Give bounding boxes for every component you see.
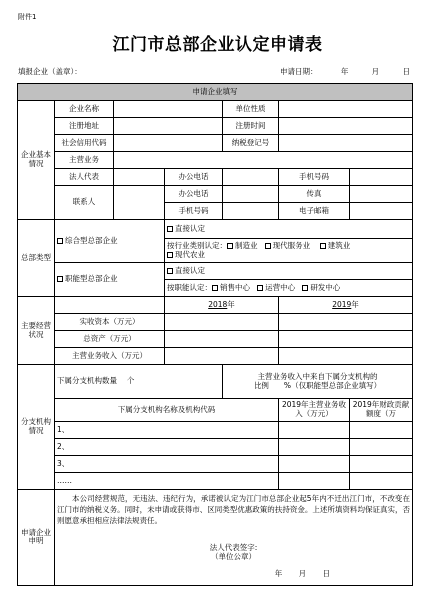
contact-office-phone-label: 办公电话 [165,186,223,203]
legal-rep-mobile-label: 手机号码 [279,169,350,186]
fax-label: 传真 [279,186,350,203]
main-revenue-2019-field[interactable] [279,348,413,365]
branch-revenue-col-header: 2019年主营业务收入（万元） [279,399,350,422]
main-business-field[interactable] [114,152,413,169]
reg-address-field[interactable] [114,118,223,135]
hq-type-group-label: 总部类型 [18,220,55,297]
company-name-label: 企业名称 [55,101,114,118]
checkbox-icon[interactable] [257,285,263,291]
branch-row-1-revenue[interactable] [279,422,350,439]
email-field[interactable] [350,203,413,220]
legal-rep-office-phone-field[interactable] [223,169,279,186]
branch-row-more-tax[interactable] [350,473,413,490]
option-construction[interactable]: 建筑业 [328,241,351,250]
function-category-options: 按职能认定：销售中心 运营中心 研发中心 [165,280,413,297]
year-2019-header: 2019年 [279,297,413,314]
checkbox-icon[interactable] [57,238,63,244]
industry-category-options: 按行业类别认定：制造业 现代服务业 建筑业现代农业 [165,239,413,263]
checkbox-icon[interactable] [320,243,326,249]
comprehensive-direct-option[interactable]: 直接认定 [165,220,413,239]
branch-row-3[interactable]: 3、 [55,456,279,473]
declaration-date: 年 月 日 [57,570,410,579]
credit-code-label: 社会信用代码 [55,135,114,152]
main-revenue-label: 主营业务收入（万元） [55,348,165,365]
total-assets-2018-field[interactable] [165,331,279,348]
checkbox-icon[interactable] [227,243,233,249]
reg-time-label: 注册时间 [223,118,279,135]
option-modern-services[interactable]: 现代服务业 [273,241,311,250]
branch-row-more[interactable]: …… [55,473,279,490]
apply-date: 申请日期： 年 月 日 [280,66,410,77]
branch-row-3-tax[interactable] [350,456,413,473]
company-seal-label: （单位公章） [57,552,410,562]
company-name-field[interactable] [114,101,223,118]
option-rd-center[interactable]: 研发中心 [310,283,340,292]
contact-mobile-label: 手机号码 [165,203,223,220]
application-form-table: 申请企业填写 企业基本情况 企业名称 单位性质 注册地址 注册时间 社会信用代码… [17,83,413,586]
declaration-group-label: 申请企业申明 [18,490,55,586]
section-header: 申请企业填写 [18,84,413,101]
checkbox-icon[interactable] [212,285,218,291]
branch-name-col-header: 下属分支机构名称及机构代码 [55,399,279,422]
legal-rep-mobile-field[interactable] [350,169,413,186]
branch-row-2-tax[interactable] [350,439,413,456]
unit-nature-label: 单位性质 [223,101,279,118]
apply-date-label: 申请日期： [280,66,318,77]
contact-mobile-field[interactable] [223,203,279,220]
contact-field[interactable] [114,186,165,220]
apply-date-day: 日 [402,66,410,77]
apply-date-month: 月 [372,66,380,77]
branch-row-3-revenue[interactable] [279,456,350,473]
option-manufacturing[interactable]: 制造业 [235,241,258,250]
paid-in-capital-label: 实收资本（万元） [55,314,165,331]
branch-row-2[interactable]: 2、 [55,439,279,456]
branch-row-more-revenue[interactable] [279,473,350,490]
branch-tax-col-header: 2019年财政贡献额度（万 [350,399,413,422]
option-modern-agriculture[interactable]: 现代农业 [175,250,205,259]
paid-in-capital-2018-field[interactable] [165,314,279,331]
comprehensive-hq-option[interactable]: 综合型总部企业 [55,220,165,263]
checkbox-icon[interactable] [167,252,173,258]
email-label: 电子邮箱 [279,203,350,220]
main-revenue-2018-field[interactable] [165,348,279,365]
declaration-cell: 本公司经营规范，无违法、违纪行为，承诺被认定为江门市总部企业起5年内不迁出江门市… [55,490,413,586]
legal-rep-field[interactable] [114,169,165,186]
legal-rep-office-phone-label: 办公电话 [165,169,223,186]
credit-code-field[interactable] [114,135,223,152]
checkbox-icon[interactable] [265,243,271,249]
branch-revenue-ratio-field[interactable]: 主营业务收入中来自下属分支机构的 比例 %（仅职能型总部企业填写） [223,365,413,399]
tax-no-label: 纳税登记号 [223,135,279,152]
branch-row-2-revenue[interactable] [279,439,350,456]
main-business-label: 主营业务 [55,152,114,169]
checkbox-icon[interactable] [57,276,63,282]
fax-field[interactable] [350,186,413,203]
functional-direct-option[interactable]: 直接认定 [165,263,413,280]
apply-date-year: 年 [341,66,349,77]
checkbox-icon[interactable] [302,285,308,291]
legal-rep-label: 法人代表 [55,169,114,186]
checkbox-icon[interactable] [167,226,173,232]
branch-row-1[interactable]: 1、 [55,422,279,439]
option-sales-center[interactable]: 销售中心 [220,283,250,292]
operations-group-label: 主要经营状况 [18,297,55,365]
branch-row-1-tax[interactable] [350,422,413,439]
branch-count-field[interactable]: 下属分支机构数量 个 [55,365,223,399]
checkbox-icon[interactable] [167,268,173,274]
attachment-label: 附件1 [18,12,36,22]
total-assets-2019-field[interactable] [279,331,413,348]
declaration-text: 本公司经营规范，无违法、违纪行为，承诺被认定为江门市总部企业起5年内不迁出江门市… [57,490,410,527]
total-assets-label: 总资产（万元） [55,331,165,348]
applicant-label: 填报企业（盖章）： [18,66,82,77]
reg-address-label: 注册地址 [55,118,114,135]
unit-nature-field[interactable] [279,101,413,118]
option-operation-center[interactable]: 运营中心 [265,283,295,292]
contact-label: 联系人 [55,186,114,220]
contact-office-phone-field[interactable] [223,186,279,203]
legal-rep-signature-label: 法人代表签字: [57,543,410,553]
year-2018-header: 2018年 [165,297,279,314]
tax-no-field[interactable] [279,135,413,152]
reg-time-field[interactable] [279,118,413,135]
functional-hq-option[interactable]: 职能型总部企业 [55,263,165,297]
basic-info-group-label: 企业基本情况 [18,101,55,220]
branches-group-label: 分支机构情况 [18,365,55,490]
paid-in-capital-2019-field[interactable] [279,314,413,331]
page-title: 江门市总部企业认定申请表 [0,30,435,55]
operations-corner-cell [55,297,165,314]
